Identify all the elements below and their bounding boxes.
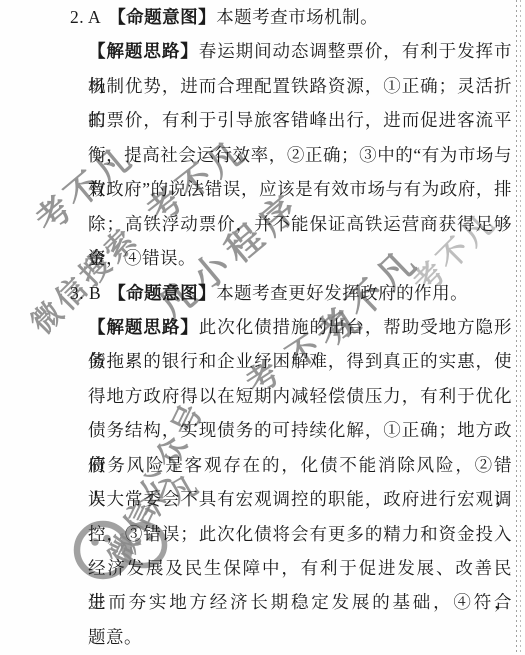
line-text: 人大常委会不具有宏观调控的职能，政府进行宏观调 xyxy=(88,489,512,509)
line-text: 进而夯实地方经济长期稳定发展的基础，④符合 xyxy=(88,592,512,612)
question-number-and-choice: 2. A xyxy=(70,7,101,27)
line-text: 题意。 xyxy=(88,627,142,647)
bracket-section-label: 【命题意图】 xyxy=(108,7,216,27)
line-text: 务拖累的银行和企业纾困解难，得到真正的实惠，使 xyxy=(88,351,512,371)
line-text: 控，③错误；此次化债将会有更多的精力和资金投入 xyxy=(88,524,512,544)
answer-text-block: 2. A【命题意图】本题考查市场机制。【解题思路】春运期间动态调整票价，有利于发… xyxy=(88,0,512,654)
line-text: 本题考查市场机制。 xyxy=(216,7,378,27)
bracket-section-label: 【命题意图】 xyxy=(108,283,216,303)
bracket-section-label: 【解题思路】 xyxy=(88,41,199,61)
answer-text-line: 债务结构，实现债务的可持续化解，①正确；地方政府 xyxy=(88,413,512,447)
line-text: 金，④错误。 xyxy=(88,248,196,268)
line-text: 得地方政府得以在短期内减轻偿债压力，有利于优化 xyxy=(88,386,512,406)
answer-text-line: 得地方政府得以在短期内减轻偿债压力，有利于优化 xyxy=(88,379,512,413)
answer-text-line: 人大常委会不具有宏观调控的职能，政府进行宏观调 xyxy=(88,482,512,516)
answer-item-first-line: 2. A【命题意图】本题考查市场机制。 xyxy=(70,0,512,34)
answer-text-line: 金，④错误。 xyxy=(88,241,512,275)
answer-text-line: 题意。 xyxy=(88,620,512,654)
line-text: 的票价，有利于引导旅客错峰出行，进而促进客流平 xyxy=(88,110,512,130)
bracket-section-label: 【解题思路】 xyxy=(88,317,199,337)
answer-text-line: 进而夯实地方经济长期稳定发展的基础，④符合 xyxy=(88,585,512,619)
answer-text-line: 【解题思路】春运期间动态调整票价，有利于发挥市场 xyxy=(88,34,512,68)
answer-text-line: 除；高铁浮动票价，并不能保证高铁运营商获得足够资 xyxy=(88,207,512,241)
answer-text-line: 【解题思路】此次化债措施的出台，帮助受地方隐形债 xyxy=(88,310,512,344)
answer-item-first-line: 3. B【命题意图】本题考查更好发挥政府的作用。 xyxy=(70,276,512,310)
answer-text-line: 务拖累的银行和企业纾困解难，得到真正的实惠，使 xyxy=(88,344,512,378)
answer-text-line: 经济发展及民生保障中，有利于促进发展、改善民生， xyxy=(88,551,512,585)
answer-text-line: 债务风险是客观存在的，化债不能消除风险，②错误； xyxy=(88,448,512,482)
answer-text-line: 效政府”的说法错误，应该是有效市场与有为政府，排 xyxy=(88,172,512,206)
answer-text-line: 机制优势，进而合理配置铁路资源，①正确；灵活折扣 xyxy=(88,69,512,103)
page-edge-dotted-line xyxy=(520,0,521,655)
answer-text-line: 的票价，有利于引导旅客错峰出行，进而促进客流平 xyxy=(88,103,512,137)
line-text: 效政府”的说法错误，应该是有效市场与有为政府，排 xyxy=(88,179,512,199)
page-edge-dotted-line xyxy=(516,0,517,655)
answer-sheet-page: 考不凡微信搜索考不凡凡小程序考不凡考不凡微信公众号考不凡不凡 2. A【命题意图… xyxy=(0,0,525,655)
answer-text-line: 衡，提高社会运行效率，②正确；③中的“有为市场与有 xyxy=(88,138,512,172)
line-text: 本题考查更好发挥政府的作用。 xyxy=(216,283,468,303)
question-number-and-choice: 3. B xyxy=(70,283,101,303)
answer-text-line: 控，③错误；此次化债将会有更多的精力和资金投入 xyxy=(88,517,512,551)
